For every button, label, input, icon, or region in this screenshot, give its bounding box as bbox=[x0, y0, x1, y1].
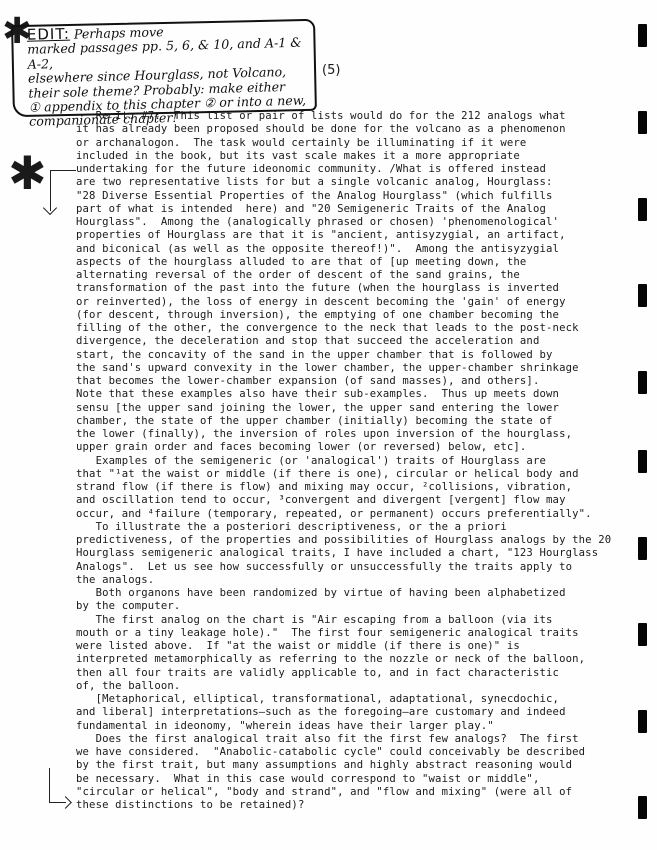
text-line: then all four traits are validly applica… bbox=[76, 667, 636, 680]
text-line: strand flow (if there is flow) and mixin… bbox=[76, 481, 636, 494]
text-line: Hourglass". Among the (analogically phra… bbox=[76, 216, 636, 229]
text-line: fundamental in ideonomy, "wherein ideas … bbox=[76, 720, 636, 733]
binding-mark bbox=[638, 111, 647, 134]
binding-mark bbox=[638, 24, 647, 47]
text-line: (for descent, through inversion), the em… bbox=[76, 309, 636, 322]
text-line: Re It. #7: This list or pair of lists wo… bbox=[76, 110, 636, 123]
text-line: by the first trait, but many assumptions… bbox=[76, 759, 636, 772]
text-line: start, the concavity of the sand in the … bbox=[76, 349, 636, 362]
text-line: it has already been proposed should be d… bbox=[76, 123, 636, 136]
text-line: Note that these examples also have their… bbox=[76, 388, 636, 401]
text-line: that "¹at the waist or middle (if there … bbox=[76, 468, 636, 481]
text-line: and liberal] interpretations—such as the… bbox=[76, 706, 636, 719]
text-line: by the computer. bbox=[76, 600, 636, 613]
text-line: and biconical (as well as the opposite t… bbox=[76, 243, 636, 256]
binding-mark bbox=[638, 537, 647, 560]
text-line: or archanalogon. The task would certainl… bbox=[76, 137, 636, 150]
margin-asterisk-icon: ✱ bbox=[8, 150, 47, 196]
margin-arrow-right-icon bbox=[49, 768, 66, 803]
text-line: be necessary. What in this case would co… bbox=[76, 773, 636, 786]
text-line: mouth or a tiny leakage hole)." The firs… bbox=[76, 627, 636, 640]
text-line: The first analog on the chart is "Air es… bbox=[76, 614, 636, 627]
text-line: upper grain order and faces becoming low… bbox=[76, 441, 636, 454]
text-line: aspects of the hourglass alluded to are … bbox=[76, 256, 636, 269]
text-line: these distinctions to be retained)? bbox=[76, 799, 636, 812]
text-line: filling of the other, the convergence to… bbox=[76, 322, 636, 335]
binding-mark bbox=[638, 623, 647, 646]
text-line: that becomes the lower-chamber expansion… bbox=[76, 375, 636, 388]
text-line: part of what is intended here) and "20 S… bbox=[76, 203, 636, 216]
document-page: ✱ EDIT: Perhaps move marked passages pp.… bbox=[0, 0, 657, 850]
text-line: Both organons have been randomized by vi… bbox=[76, 587, 636, 600]
text-line: properties of Hourglass are that it is "… bbox=[76, 229, 636, 242]
text-line: sensu [the upper sand joining the lower,… bbox=[76, 402, 636, 415]
text-line: are two representative lists for but a s… bbox=[76, 176, 636, 189]
margin-dash-mark bbox=[62, 170, 76, 171]
text-line: transformation of the past into the futu… bbox=[76, 282, 636, 295]
text-line: "circular or helical", "body and strand"… bbox=[76, 786, 636, 799]
text-line: Hourglass semigeneric analogical traits,… bbox=[76, 547, 636, 560]
text-line: To illustrate the a posteriori descripti… bbox=[76, 521, 636, 534]
binding-mark bbox=[638, 198, 647, 221]
margin-arrow-down-icon bbox=[50, 170, 63, 211]
text-line: chamber, the state of the upper chamber … bbox=[76, 415, 636, 428]
binding-mark bbox=[638, 284, 647, 307]
binding-mark bbox=[638, 371, 647, 394]
text-line: included in the book, but its vast scale… bbox=[76, 150, 636, 163]
text-line: predictiveness, of the properties and po… bbox=[76, 534, 636, 547]
text-line: alternating reversal of the order of des… bbox=[76, 269, 636, 282]
text-line: the lower (finally), the inversion of ro… bbox=[76, 428, 636, 441]
binding-mark bbox=[638, 450, 647, 473]
text-line: "28 Diverse Essential Properties of the … bbox=[76, 190, 636, 203]
text-line: we have considered. "Anabolic-catabolic … bbox=[76, 746, 636, 759]
text-line: occur, and ⁴failure (temporary, repeated… bbox=[76, 508, 636, 521]
binding-mark bbox=[638, 710, 647, 733]
text-line: the analogs. bbox=[76, 574, 636, 587]
text-line: were listed above. If "at the waist or m… bbox=[76, 640, 636, 653]
text-line: interpreted metamorphically as referring… bbox=[76, 653, 636, 666]
text-line: or reinverted), the loss of energy in de… bbox=[76, 296, 636, 309]
text-line: Does the first analogical trait also fit… bbox=[76, 733, 636, 746]
page-number: (5) bbox=[322, 63, 340, 78]
text-line: Examples of the semigeneric (or 'analogi… bbox=[76, 455, 636, 468]
body-text: Re It. #7: This list or pair of lists wo… bbox=[76, 110, 636, 812]
binding-mark bbox=[638, 796, 647, 819]
text-line: undertaking for the future ideonomic com… bbox=[76, 163, 636, 176]
text-line: [Metaphorical, elliptical, transformatio… bbox=[76, 693, 636, 706]
text-line: divergence, the deceleration and stop th… bbox=[76, 335, 636, 348]
text-line: of, the balloon. bbox=[76, 680, 636, 693]
text-line: Analogs". Let us see how successfully or… bbox=[76, 561, 636, 574]
text-line: and oscillation tend to occur, ³converge… bbox=[76, 494, 636, 507]
text-line: the sand's upward convexity in the lower… bbox=[76, 362, 636, 375]
